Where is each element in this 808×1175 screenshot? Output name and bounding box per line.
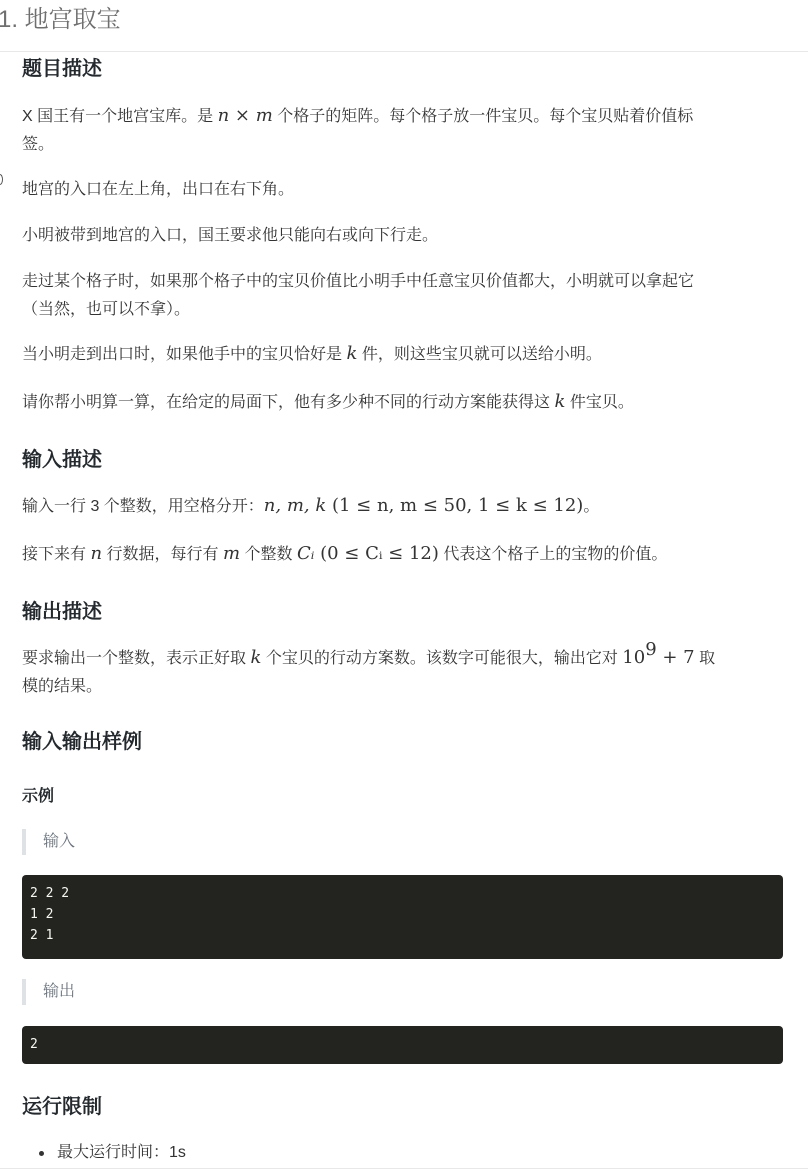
edge-artifact-icon — [0, 174, 3, 185]
input-paragraph-2: 接下来有 n 行数据，每行有 m 个整数 Cᵢ (0 ≤ Cᵢ ≤ 12) 代表… — [22, 540, 767, 569]
math-m: m — [223, 543, 240, 564]
math-vars: n, m, k — [264, 495, 326, 516]
math-k: k — [346, 343, 357, 364]
limit-text: 最大运行时间：1s — [57, 1144, 186, 1161]
text: 代表这个格子上的宝物的价值。 — [439, 546, 667, 563]
code-line: 2 1 — [30, 925, 775, 946]
text: 输入一行 3 个整数，用空格分开： — [22, 498, 264, 515]
text: 件宝贝。 — [565, 394, 633, 411]
math-m: m — [256, 105, 273, 126]
sample-output-code[interactable]: 2 — [22, 1026, 783, 1064]
text: （当然，也可以不拿）。 — [22, 301, 190, 318]
text: 取 — [695, 650, 715, 667]
title-bar: 1. 地宫取宝 — [0, 0, 808, 52]
math-ci: Cᵢ — [297, 543, 314, 564]
text: 签。 — [22, 136, 54, 153]
code-line: 1 2 — [30, 904, 775, 925]
limits-list: 最大运行时间：1s — [22, 1139, 186, 1167]
description-paragraph-5: 当小明走到出口时，如果他手中的宝贝恰好是 k 件，则这些宝贝就可以送给小明。 — [22, 340, 767, 369]
text: 接下来有 — [22, 546, 90, 563]
text: 模的结果。 — [22, 678, 102, 695]
description-paragraph-2: 地宫的入口在左上角，出口在右下角。 — [22, 176, 767, 204]
output-paragraph-1: 要求输出一个整数，表示正好取 k 个宝贝的行动方案数。该数字可能很大，输出它对 … — [22, 644, 767, 701]
heading-description: 题目描述 — [22, 55, 102, 83]
text: 件，则这些宝贝就可以送给小明。 — [357, 346, 601, 363]
heading-input: 输入描述 — [22, 446, 102, 474]
description-paragraph-3: 小明被带到地宫的入口，国王要求他只能向右或向下行走。 — [22, 222, 767, 250]
input-paragraph-1: 输入一行 3 个整数，用空格分开：n, m, k (1 ≤ n, m ≤ 50,… — [22, 492, 767, 521]
bullet-icon — [39, 1151, 44, 1156]
math-times: × — [229, 105, 256, 126]
description-paragraph-1: X 国王有一个地宫宝库。是 n × m 个格子的矩阵。每个格子放一件宝贝。每个宝… — [22, 102, 767, 159]
text: 要求输出一个整数，表示正好取 — [22, 650, 250, 667]
code-line: 2 2 2 — [30, 883, 775, 904]
sample-input-code[interactable]: 2 2 2 1 2 2 1 — [22, 875, 783, 959]
math-condition: (1 ≤ n, m ≤ 50, 1 ≤ k ≤ 12) — [326, 495, 583, 516]
text: 。 — [583, 498, 599, 515]
math-exponent: 9 — [645, 639, 656, 660]
description-paragraph-4: 走过某个格子时，如果那个格子中的宝贝价值比小明手中任意宝贝价值都大，小明就可以拿… — [22, 268, 767, 324]
math-n: n — [90, 543, 102, 564]
math-condition: (0 ≤ Cᵢ ≤ 12) — [314, 543, 439, 564]
text: 行数据，每行有 — [102, 546, 223, 563]
input-label-quote: 输入 — [22, 829, 75, 855]
limit-item-time: 最大运行时间：1s — [22, 1139, 186, 1167]
text: X 国王有一个地宫宝库。是 — [22, 108, 218, 125]
text: 个格子的矩阵。每个格子放一件宝贝。每个宝贝贴着价值标 — [273, 108, 693, 125]
page-title: 1. 地宫取宝 — [0, 4, 121, 36]
output-label-quote: 输出 — [22, 979, 75, 1005]
description-paragraph-6: 请你帮小明算一算，在给定的局面下，他有多少种不同的行动方案能获得这 k 件宝贝。 — [22, 388, 767, 417]
code-line: 2 — [30, 1034, 775, 1055]
heading-samples: 输入输出样例 — [22, 728, 142, 756]
text: 当小明走到出口时，如果他手中的宝贝恰好是 — [22, 346, 346, 363]
math-n: n — [218, 105, 230, 126]
heading-output: 输出描述 — [22, 598, 102, 626]
text: 个整数 — [240, 546, 297, 563]
math-base: 10 — [622, 647, 645, 668]
bottom-divider — [0, 1168, 808, 1169]
text: 走过某个格子时，如果那个格子中的宝贝价值比小明手中任意宝贝价值都大，小明就可以拿… — [22, 273, 694, 290]
heading-example: 示例 — [22, 785, 54, 809]
heading-limits: 运行限制 — [22, 1093, 102, 1121]
text: 个宝贝的行动方案数。该数字可能很大，输出它对 — [261, 650, 622, 667]
math-plus: + 7 — [657, 647, 695, 668]
text: 请你帮小明算一算，在给定的局面下，他有多少种不同的行动方案能获得这 — [22, 394, 554, 411]
math-k: k — [250, 647, 261, 668]
math-k: k — [554, 391, 565, 412]
